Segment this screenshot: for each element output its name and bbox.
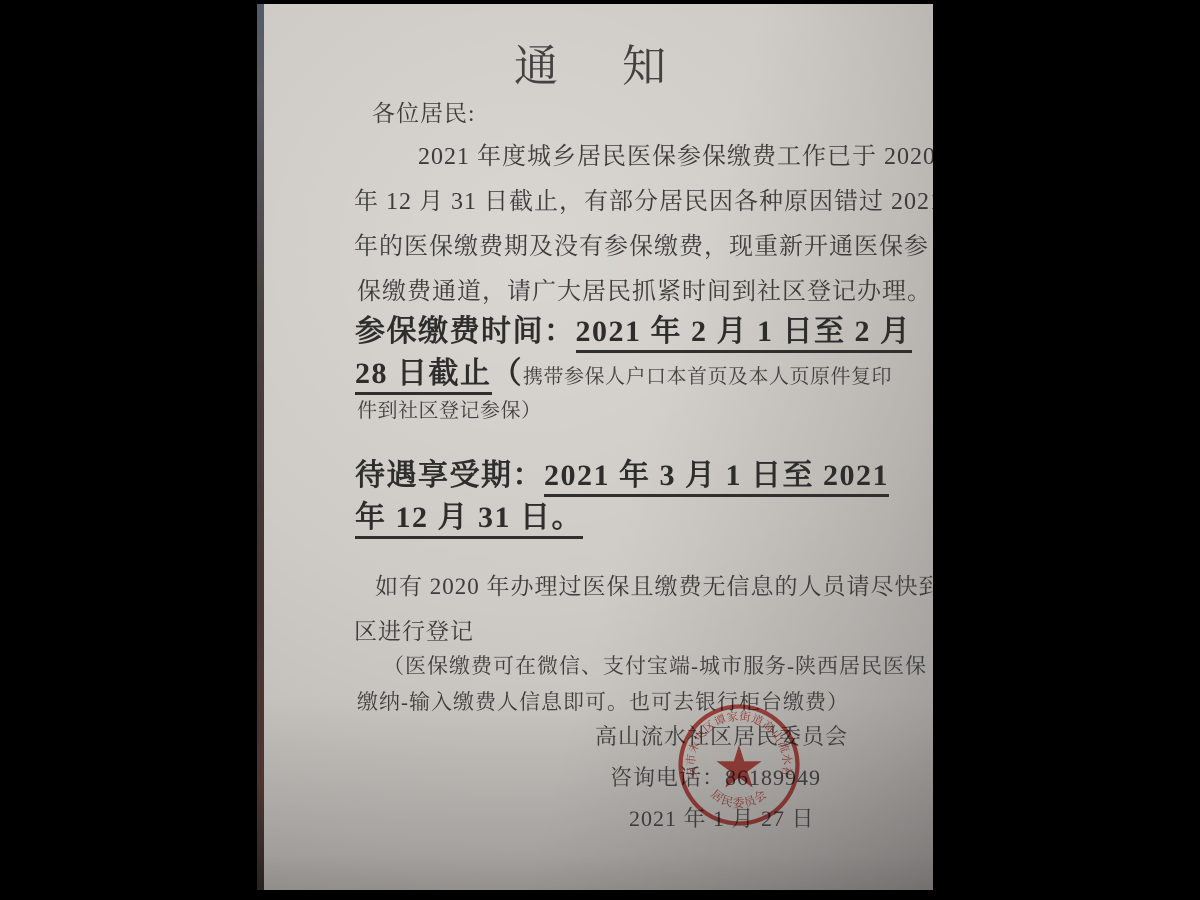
section1-note-1: 携带参保人户口本首页及本人页原件复印: [523, 366, 892, 388]
notice-photo: 通 知 各位居民: 2021 年度城乡居民医保参保缴费工作已于 2020 年 1…: [257, 4, 933, 890]
section1-paren-open: （: [492, 357, 524, 390]
section1-heading-line1: 参保缴费时间：2021 年 2 月 1 日至 2 月: [355, 306, 912, 350]
para1-line4: 保缴费通道，请广大居民抓紧时间到社区登记办理。: [357, 271, 932, 306]
section1-label: 参保缴费时间：: [355, 315, 576, 348]
seal-star-icon: [716, 745, 761, 788]
salutation: 各位居民:: [372, 95, 475, 128]
letterbox-canvas: 通 知 各位居民: 2021 年度城乡居民医保参保缴费工作已于 2020 年 1…: [0, 0, 1200, 900]
para2-line1: 如有 2020 年办理过医保且缴费无信息的人员请尽快到社: [375, 568, 933, 601]
section2-heading-line1: 待遇享受期：2021 年 3 月 1 日至 2021: [355, 450, 889, 494]
section1-underlined-dates-2: 28 日截止: [355, 357, 492, 395]
section2-underlined-dates-2: 年 12 月 31 日。: [355, 501, 583, 539]
para1-line3: 年的医保缴费期及没有参保缴费，现重新开通医保参: [354, 226, 929, 261]
paper-left-edge: [257, 4, 264, 890]
para1-line1: 2021 年度城乡居民医保参保缴费工作已于 2020: [418, 136, 933, 171]
para1-line2: 年 12 月 31 日截止，有部分居民因各种原因错过 2021: [354, 181, 933, 216]
section2-label: 待遇享受期：: [355, 459, 544, 492]
section1-note-2: 件到社区登记参保）: [357, 394, 542, 423]
svg-text:居民委员会: 居民委员会: [708, 787, 769, 811]
section2-heading-line2: 年 12 月 31 日。: [355, 492, 583, 536]
official-seal-stamp: 西安市未央区谭家街道高山流水社区 居民委员会: [673, 699, 805, 831]
section2-underlined-dates-1: 2021 年 3 月 1 日至 2021: [544, 459, 889, 497]
seal-arc-bottom-text: 居民委员会: [708, 787, 769, 811]
section1-heading-line2: 28 日截止（携带参保人户口本首页及本人页原件复印: [355, 348, 892, 392]
para3-line1: （医保缴费可在微信、支付宝端-城市服务-陕西居民医保: [383, 650, 927, 680]
notice-title: 通 知: [257, 30, 933, 94]
para2-line2: 区进行登记: [354, 613, 474, 646]
